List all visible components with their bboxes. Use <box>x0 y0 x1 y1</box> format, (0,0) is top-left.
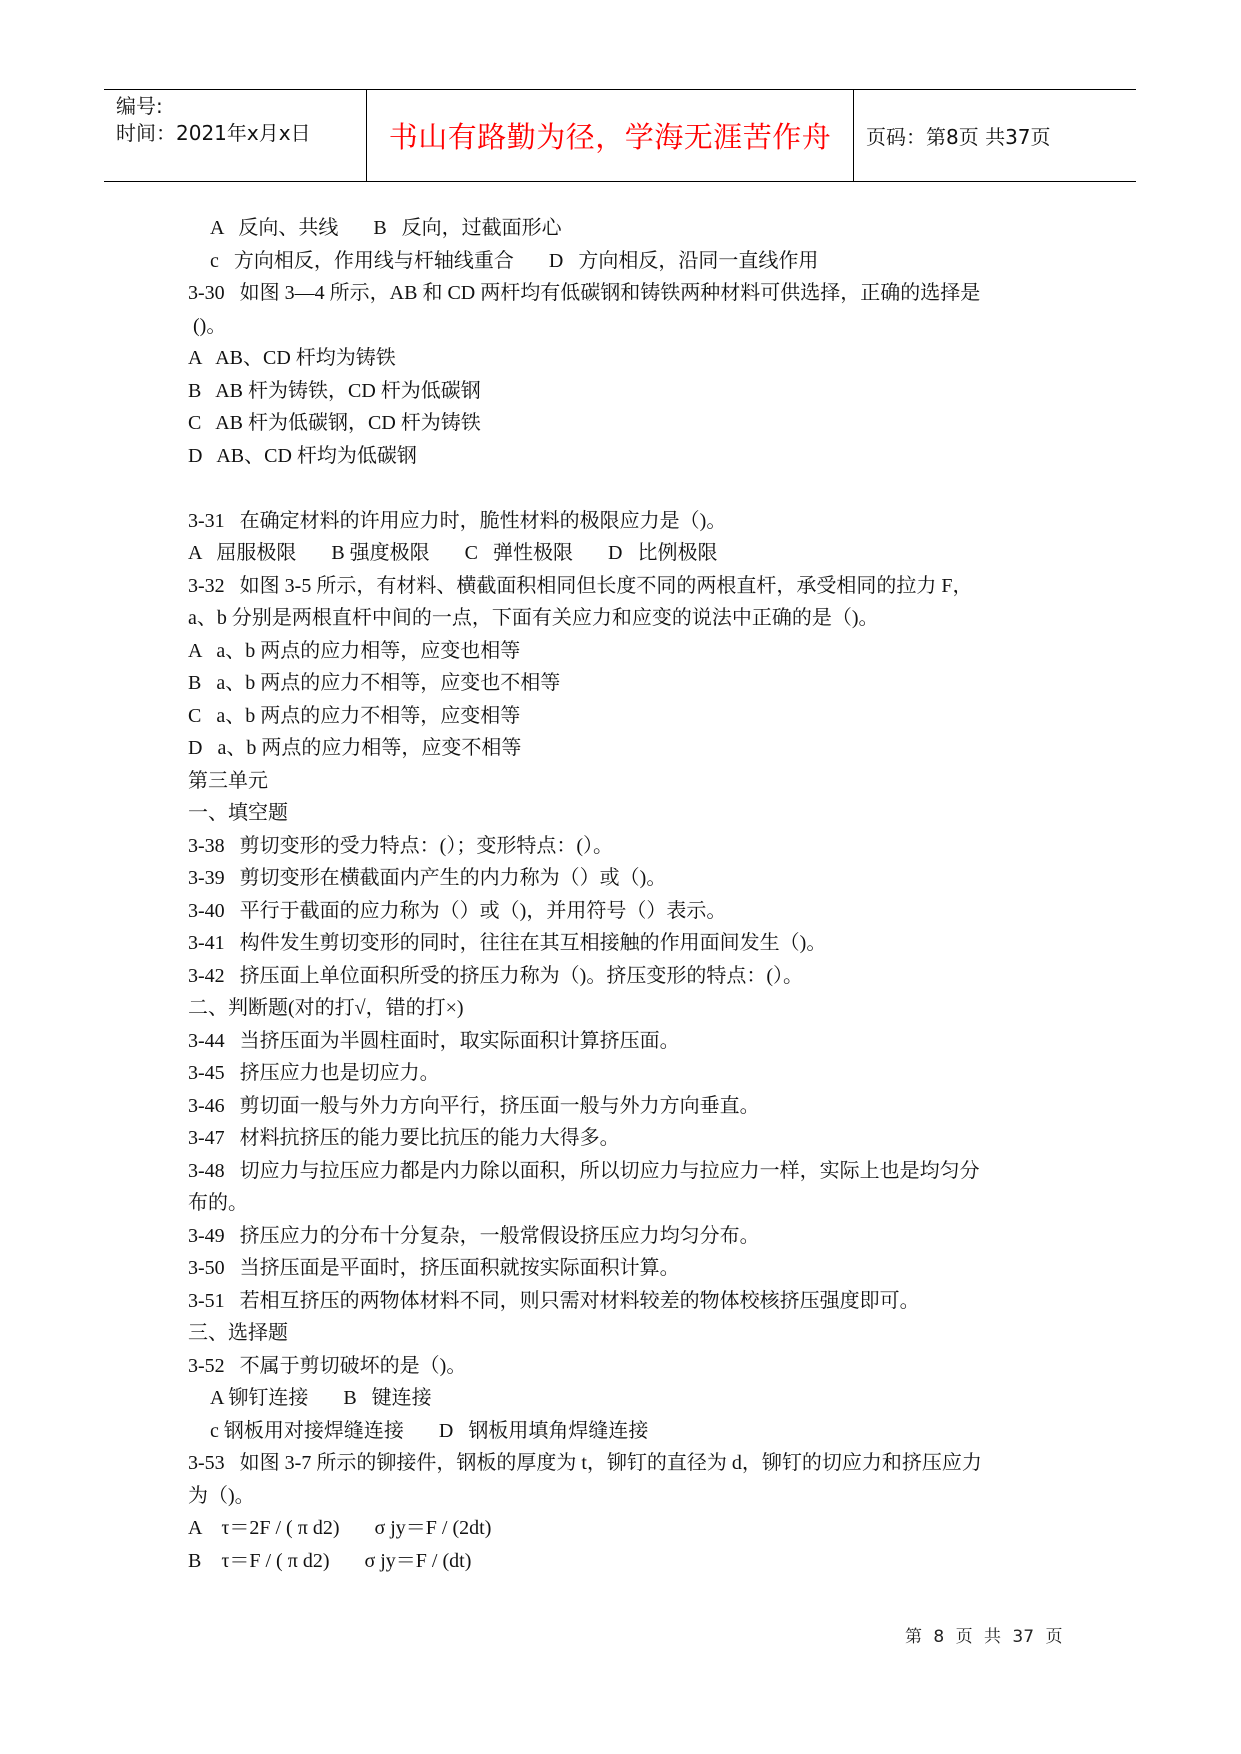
text-line: A AB、CD 杆均为铸铁 <box>188 342 1068 375</box>
text-line: 3-50 当挤压面是平面时，挤压面积就按实际面积计算。 <box>188 1252 1068 1285</box>
document-body: A 反向、共线 B 反向，过截面形心c 方向相反，作用线与杆轴线重合 D 方向相… <box>188 212 1068 1577</box>
text-line: A 反向、共线 B 反向，过截面形心 <box>188 212 1068 245</box>
footer-page-number: 第 8 页 共 37 页 <box>905 1627 1062 1647</box>
text-line: A 屈服极限 B 强度极限 C 弹性极限 D 比例极限 <box>188 537 1068 570</box>
text-line: B AB 杆为铸铁，CD 杆为低碳钢 <box>188 375 1068 408</box>
blank-line <box>188 472 1068 505</box>
text-line: 3-53 如图 3-7 所示的铆接件，钢板的厚度为 t，铆钉的直径为 d，铆钉的… <box>188 1447 1068 1480</box>
text-line: 3-47 材料抗挤压的能力要比抗压的能力大得多。 <box>188 1122 1068 1155</box>
text-line: 3-45 挤压应力也是切应力。 <box>188 1057 1068 1090</box>
page-footer: 第 8 页 共 37 页 <box>905 1622 1062 1647</box>
text-line: 3-40 平行于截面的应力称为（）或（)，并用符号（）表示。 <box>188 895 1068 928</box>
text-line: 3-44 当挤压面为半圆柱面时，取实际面积计算挤压面。 <box>188 1025 1068 1058</box>
text-line: 3-52 不属于剪切破坏的是（)。 <box>188 1350 1068 1383</box>
text-line: 二、判断题(对的打√，错的打×) <box>188 992 1068 1025</box>
text-line: 3-31 在确定材料的许用应力时，脆性材料的极限应力是（)。 <box>188 505 1068 538</box>
text-line: c 钢板用对接焊缝连接 D 钢板用填角焊缝连接 <box>188 1415 1068 1448</box>
text-line: 3-48 切应力与拉压应力都是内力除以面积，所以切应力与拉应力一样，实际上也是均… <box>188 1155 1068 1188</box>
text-line: C AB 杆为低碳钢，CD 杆为铸铁 <box>188 407 1068 440</box>
motto-text: 书山有路勤为径，学海无涯苦作舟 <box>389 115 832 156</box>
text-line: ()。 <box>188 310 1068 343</box>
text-line: D AB、CD 杆均为低碳钢 <box>188 440 1068 473</box>
text-line: 3-46 剪切面一般与外力方向平行，挤压面一般与外力方向垂直。 <box>188 1090 1068 1123</box>
text-line: 3-30 如图 3—4 所示，AB 和 CD 两杆均有低碳钢和铸铁两种材料可供选… <box>188 277 1068 310</box>
text-line: A a、b 两点的应力相等，应变也相等 <box>188 635 1068 668</box>
text-line: 3-39 剪切变形在横截面内产生的内力称为（）或（)。 <box>188 862 1068 895</box>
text-line: 布的。 <box>188 1187 1068 1220</box>
page-header: 编号: 时间：2021年x月x日 书山有路勤为径，学海无涯苦作舟 页码：第8页 … <box>104 89 1136 182</box>
text-line: c 方向相反，作用线与杆轴线重合 D 方向相反，沿同一直线作用 <box>188 245 1068 278</box>
page-number-label: 页码：第8页 共37页 <box>866 121 1051 150</box>
text-line: B τ＝F / ( π d2) σ jy＝F / (dt) <box>188 1545 1068 1578</box>
header-meta-cell: 编号: 时间：2021年x月x日 <box>104 90 367 181</box>
text-line: 为（)。 <box>188 1480 1068 1513</box>
text-line: 3-49 挤压应力的分布十分复杂，一般常假设挤压应力均匀分布。 <box>188 1220 1068 1253</box>
header-page-cell: 页码：第8页 共37页 <box>854 90 1136 181</box>
text-line: B a、b 两点的应力不相等，应变也不相等 <box>188 667 1068 700</box>
text-line: A τ＝2F / ( π d2) σ jy＝F / (2dt) <box>188 1512 1068 1545</box>
text-line: A 铆钉连接 B 键连接 <box>188 1382 1068 1415</box>
header-motto-cell: 书山有路勤为径，学海无涯苦作舟 <box>367 90 854 181</box>
date-label: 时间：2021年x月x日 <box>116 120 366 147</box>
text-line: C a、b 两点的应力不相等，应变相等 <box>188 700 1068 733</box>
text-line: 3-42 挤压面上单位面积所受的挤压力称为（)。挤压变形的特点：(）。 <box>188 960 1068 993</box>
serial-number-label: 编号: <box>116 93 366 120</box>
text-line: 三、选择题 <box>188 1317 1068 1350</box>
text-line: 3-41 构件发生剪切变形的同时，往往在其互相接触的作用面间发生（)。 <box>188 927 1068 960</box>
text-line: 一、填空题 <box>188 797 1068 830</box>
text-line: 第三单元 <box>188 765 1068 798</box>
text-line: 3-32 如图 3-5 所示，有材料、横截面积相同但长度不同的两根直杆，承受相同… <box>188 570 1068 603</box>
text-line: 3-38 剪切变形的受力特点：(）；变形特点：(）。 <box>188 830 1068 863</box>
text-line: D a、b 两点的应力相等，应变不相等 <box>188 732 1068 765</box>
text-line: a、b 分别是两根直杆中间的一点，下面有关应力和应变的说法中正确的是（)。 <box>188 602 1068 635</box>
text-line: 3-51 若相互挤压的两物体材料不同，则只需对材料较差的物体校核挤压强度即可。 <box>188 1285 1068 1318</box>
